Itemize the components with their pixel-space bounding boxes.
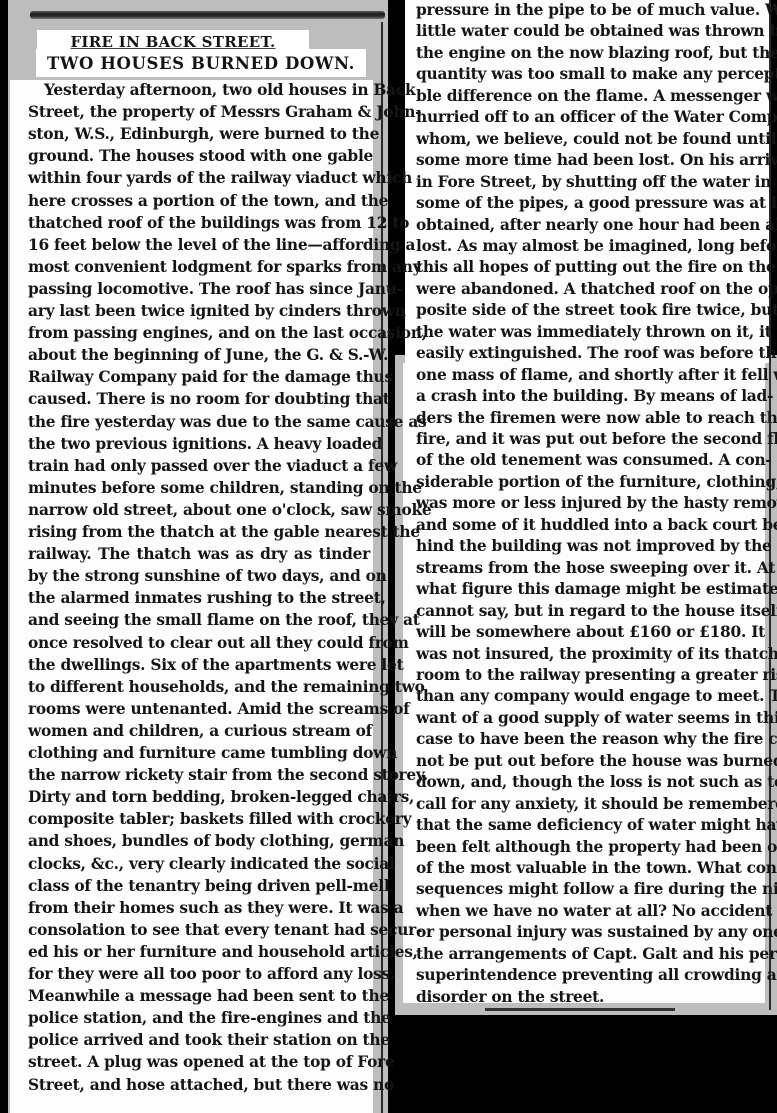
article-text-line: case to have been the reason why the fir… (416, 727, 760, 751)
article-text-line: obtained, after nearly one hour had been… (416, 213, 760, 237)
article-text-line: down, and, though the loss is not such a… (416, 770, 760, 794)
article-end-rule (485, 1008, 675, 1011)
article-text-line: streams from the hose sweeping over it. … (416, 556, 760, 580)
article-text-line: hurried off to an officer of the Water C… (416, 105, 760, 129)
article-text-line: one mass of flame, and shortly after it … (416, 363, 760, 387)
article-text-line: ary last been twice ignited by cinders t… (28, 299, 370, 323)
article-text-line: was more or less injured by the hasty re… (416, 491, 760, 515)
article-text-line: police arrived and took their station on… (28, 1028, 370, 1052)
article-text-line: to different households, and the remaini… (28, 675, 370, 699)
article-text-line: Meanwhile a message had been sent to the (28, 984, 370, 1008)
article-text-line: what figure this damage might be estimat… (416, 577, 760, 601)
article-text-line: some of the pipes, a good pressure was a… (416, 191, 760, 215)
article-text-line: consolation to see that every tenant had… (28, 918, 370, 942)
article-text-line: rising from the thatch at the gable near… (28, 520, 370, 544)
article-text-line: the narrow rickety stair from the second… (28, 763, 370, 787)
article-text-line: from passing engines, and on the last oc… (28, 321, 370, 345)
subheadline: TWO HOUSES BURNED DOWN. (36, 49, 366, 77)
article-text-line: was not insured, the proximity of its th… (416, 642, 760, 666)
article-text-line: Railway Company paid for the damage thus (28, 365, 370, 389)
article-text-line: will be somewhere about £160 or £180. It (416, 620, 760, 644)
article-text-line: and shoes, bundles of body clothing, ger… (28, 829, 370, 853)
article-text-line: minutes before some children, standing o… (28, 476, 370, 500)
article-text-line: this all hopes of putting out the fire o… (416, 255, 760, 279)
article-text-line: train had only passed over the viaduct a… (28, 454, 370, 478)
article-text-line: passing locomotive. The roof has since J… (28, 277, 370, 301)
article-text-line: than any company would engage to meet. T… (416, 684, 760, 708)
article-text-line: the fire yesterday was due to the same c… (28, 410, 370, 434)
article-text-line: of the old tenement was consumed. A con- (416, 448, 760, 472)
article-text-line: once resolved to clear out all they coul… (28, 631, 370, 655)
article-text-line: police station, and the fire-engines and… (28, 1006, 370, 1030)
article-text-line: sequences might follow a fire during the… (416, 877, 760, 901)
article-text-line: hind the building was not improved by th… (416, 534, 760, 558)
article-text-line: within four yards of the railway viaduct… (28, 166, 370, 190)
article-text-line: easily extinguished. The roof was before… (416, 341, 760, 365)
article-text-line: want of a good supply of water seems in … (416, 706, 760, 730)
article-text-line: posite side of the street took fire twic… (416, 298, 760, 322)
article-text-line: that the same deficiency of water might … (416, 813, 760, 837)
article-text-line: some more time had been lost. On his arr… (416, 148, 760, 172)
article-text-line: women and children, a curious stream of (28, 719, 370, 743)
article-text-line: clocks, &c., very clearly indicated the … (28, 852, 370, 876)
article-text-line: here crosses a portion of the town, and … (28, 189, 370, 213)
article-text-line: Street, the property of Messrs Graham & … (28, 100, 370, 124)
article-text-line: ble difference on the flame. A messenger… (416, 84, 760, 108)
article-text-line: cannot say, but in regard to the house i… (416, 599, 760, 623)
article-text-line: were abandoned. A thatched roof on the o… (416, 277, 760, 301)
article-text-line: most convenient lodgment for sparks from… (28, 255, 370, 279)
article-text-line: Dirty and torn bedding, broken-legged ch… (28, 785, 370, 809)
article-text-line: ston, W.S., Edinburgh, were burned to th… (28, 122, 370, 146)
article-text-line: call for any anxiety, it should be remem… (416, 792, 760, 816)
article-text-line: the water was immediately thrown on it, … (416, 320, 760, 344)
article-text-line: street. A plug was opened at the top of … (28, 1050, 370, 1074)
article-text-line: of the most valuable in the town. What c… (416, 856, 760, 880)
article-text-line: thatched roof of the buildings was from … (28, 211, 370, 235)
article-text-line: superintendence preventing all crowding … (416, 963, 760, 987)
article-text-line: ground. The houses stood with one gable (28, 144, 370, 168)
article-text-line: or personal injury was sustained by any … (416, 920, 760, 944)
article-text-line: room to the railway presenting a greater… (416, 663, 760, 687)
article-text-line: the arrangements of Capt. Galt and his p… (416, 942, 760, 966)
article-text-line: for they were all too poor to afford any… (28, 962, 370, 986)
article-text-line: the alarmed inmates rushing to the stree… (28, 586, 370, 610)
article-text-line: the two previous ignitions. A heavy load… (28, 432, 370, 456)
article-text-line: ders the firemen were now able to reach … (416, 406, 760, 430)
article-text-line: a crash into the building. By means of l… (416, 384, 760, 408)
article-text-line: about the beginning of June, the G. & S.… (28, 343, 370, 367)
article-text-line: caused. There is no room for doubting th… (28, 387, 370, 411)
article-text-line: whom, we believe, could not be found unt… (416, 127, 760, 151)
article-text-line: little water could be obtained was throw… (416, 19, 760, 43)
article-text-line: in Fore Street, by shutting off the wate… (416, 170, 760, 194)
article-text-line: 16 feet below the level of the line—affo… (28, 233, 370, 257)
article-text-line: railway. The thatch was as dry as tinder (28, 542, 370, 566)
article-text-line: and seeing the small flame on the roof, … (28, 608, 370, 632)
article-text-line: clothing and furniture came tumbling dow… (28, 741, 370, 765)
article-text-line: from their homes such as they were. It w… (28, 896, 370, 920)
article-text-line: Yesterday afternoon, two old houses in B… (28, 78, 370, 102)
article-text-line: when we have no water at all? No acciden… (416, 899, 760, 923)
article-text-line: class of the tenantry being driven pell-… (28, 874, 370, 898)
article-text-line: and some of it huddled into a back court… (416, 513, 760, 537)
article-text-line: rooms were untenanted. Amid the screams … (28, 697, 370, 721)
article-text-line: composite tabler; baskets filled with cr… (28, 807, 370, 831)
article-text-line: ed his or her furniture and household ar… (28, 940, 370, 964)
article-text-line: been felt although the property had been… (416, 835, 760, 859)
article-text-line: siderable portion of the furniture, clot… (416, 470, 760, 494)
article-text-line: not be put out before the house was burn… (416, 749, 760, 773)
article-text-line: lost. As may almost be imagined, long be… (416, 234, 760, 258)
article-text-line: narrow old street, about one o'clock, sa… (28, 498, 370, 522)
article-text-line: by the strong sunshine of two days, and … (28, 564, 370, 588)
article-text-line: Street, and hose attached, but there was… (28, 1073, 370, 1097)
article-text-line: disorder on the street. (416, 985, 760, 1009)
header-thick-rule (30, 11, 385, 19)
article-text-line: fire, and it was put out before the seco… (416, 427, 760, 451)
article-text-line: the engine on the now blazing roof, but … (416, 41, 760, 65)
article-text-line: the dwellings. Six of the apartments wer… (28, 653, 370, 677)
article-text-line: quantity was too small to make any perce… (416, 62, 760, 86)
